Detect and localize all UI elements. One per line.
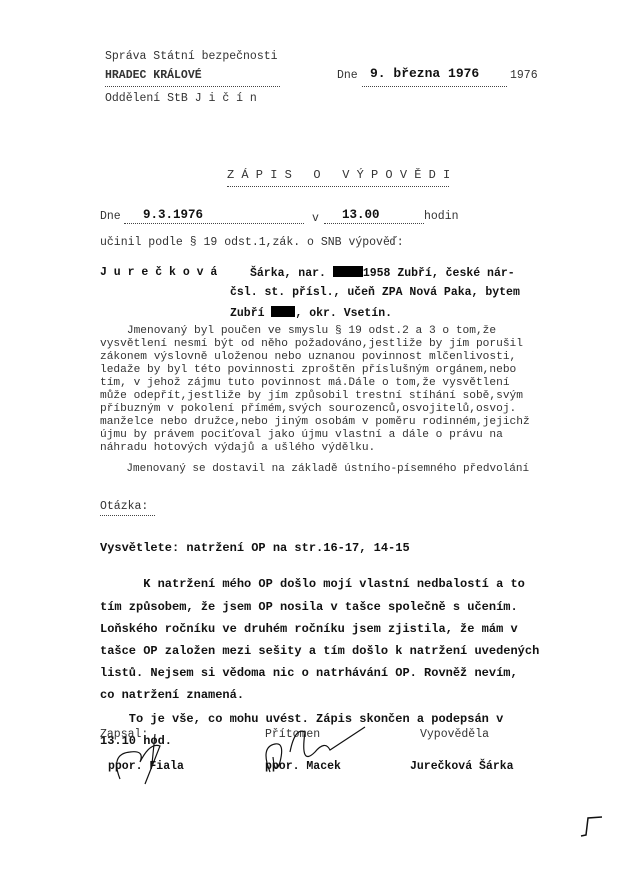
person-line3: Zubří , okr. Vsetín. xyxy=(230,306,392,321)
question-text: Vysvětlete: natržení OP na str.16-17, 14… xyxy=(100,541,410,555)
department: Oddělení StB J i č í n xyxy=(105,92,257,106)
v-label: v xyxy=(312,212,319,226)
redaction-box xyxy=(333,266,363,277)
person-line2: čsl. st. přísl., učeň ZPA Nová Paka, byt… xyxy=(230,286,520,300)
instruction-line: ledaže by byl této povinnosti zproštěn p… xyxy=(100,364,516,377)
date-prefix: Dne xyxy=(337,69,358,83)
answer-line: listů. Nejsem si vědoma nic o natrhávání… xyxy=(100,666,518,680)
signature-label: Vypověděla xyxy=(420,728,489,742)
date-underline xyxy=(362,86,507,87)
question-label-underline xyxy=(100,515,155,516)
person-surname: J u r e č k o v á xyxy=(100,266,217,280)
instruction-line: příbuzným v pokolení přímém,svých souroz… xyxy=(100,403,516,416)
org-name-line2: HRADEC KRÁLOVÉ xyxy=(105,69,202,83)
instruction-line: tím, v jehož zájmu tuto povinnost má.Dál… xyxy=(100,377,510,390)
summons-line: Jmenovaný se dostavil na základě ústního… xyxy=(100,462,529,476)
instruction-line: může odepřít,jestliže by jím způsobil tr… xyxy=(100,390,523,403)
instruction-line: manželce nebo družce,nebo jiným osobám v… xyxy=(100,416,530,429)
signature-name: Jurečková Šárka xyxy=(410,760,514,774)
instruction-line: náhradu hotových výdajů a ušlého výdělku… xyxy=(100,442,375,455)
instruction-line: zákonem výslovně uloženou nebo uznanou p… xyxy=(100,351,516,364)
session-line2: učinil podle § 19 odst.1,zák. o SNB výpo… xyxy=(100,236,404,250)
signature-scribble-macek xyxy=(255,722,385,782)
title-underline xyxy=(227,186,449,187)
answer-line: tím způsobem, že jsem OP nosila v tašce … xyxy=(100,600,518,614)
signature-scribble-fiala xyxy=(100,724,190,794)
session-time: 13.00 xyxy=(342,208,380,222)
answer-line: co natržení znamená. xyxy=(100,688,244,702)
question-label: Otázka: xyxy=(100,500,148,514)
person-line1-b: 1958 Zubří, české nár- xyxy=(363,267,515,280)
org-name-line1: Správa Státní bezpečnosti xyxy=(105,50,278,64)
date-year-print: 1976 xyxy=(510,69,538,83)
redaction-box xyxy=(271,306,295,317)
instruction-line: vysvětlení nesmí být od něho požadováno,… xyxy=(100,338,523,351)
person-line1-a: Šárka, nar. xyxy=(250,267,326,280)
answer-line: tašce OP založen mezi sešity a tím došlo… xyxy=(100,644,539,658)
date-value: 9. března 1976 xyxy=(370,67,479,81)
dne-label: Dne xyxy=(100,210,121,224)
session-date: 9.3.1976 xyxy=(143,208,203,222)
session-date-underline xyxy=(124,223,304,224)
person-line3-b: , okr. Vsetín. xyxy=(295,307,392,320)
instruction-line: Jmenovaný byl poučen ve smyslu § 19 odst… xyxy=(100,325,496,338)
margin-mark xyxy=(580,815,610,855)
instruction-line: újmu by právem pociťoval jako újmu vlast… xyxy=(100,429,503,442)
person-line3-a: Zubří xyxy=(230,307,265,320)
person-line1: Šárka, nar. 1958 Zubří, české nár- xyxy=(250,266,515,281)
document-title: Z Á P I S O V Ý P O V Ě D I xyxy=(227,168,450,182)
header-underline xyxy=(105,86,280,87)
session-time-underline xyxy=(324,223,424,224)
answer-line: Loňského ročníku ve druhém ročníku jsem … xyxy=(100,622,518,636)
hodin-label: hodin xyxy=(424,210,459,224)
answer-line: K natržení mého OP došlo mojí vlastní ne… xyxy=(100,577,525,591)
